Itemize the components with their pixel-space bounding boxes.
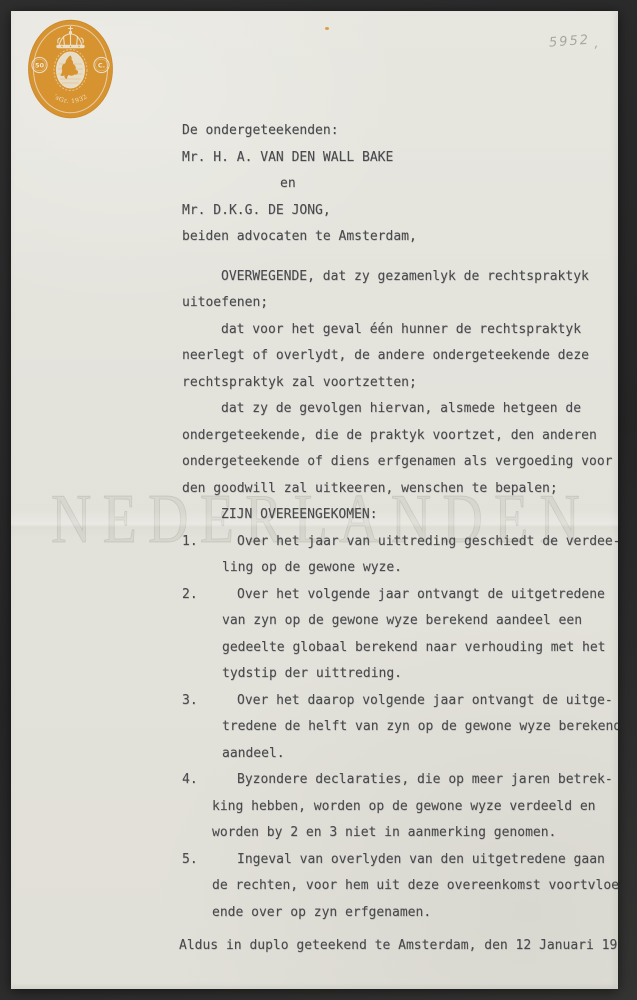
text-line: Aldus in duplo geteekend te Amsterdam, d… [11, 933, 618, 960]
line-text: Mr. H. A. VAN DEN WALL BAKE [182, 150, 393, 165]
text-line: gedeelte globaal berekend naar verhoudin… [11, 635, 618, 662]
text-line: ondergeteekende of diens erfgenamen als … [11, 449, 618, 476]
text-line: 5.Ingeval van overlyden van den uitgetre… [11, 847, 618, 874]
line-text: worden by 2 en 3 niet in aanmerking geno… [212, 825, 556, 840]
line-text: king hebben, worden op de gewone wyze ve… [212, 799, 596, 814]
text-line: dat zy de gevolgen hiervan, alsmede hetg… [11, 396, 618, 423]
line-text: en [280, 176, 296, 191]
revenue-stamp: 50 C. ’sGr. 1932 [28, 19, 113, 119]
line-text: Over het daarop volgende jaar ontvangt d… [237, 693, 613, 708]
line-text: dat voor het geval één hunner de rechtsp… [221, 322, 581, 337]
text-line: den goodwill zal uitkeeren, wenschen te … [11, 476, 618, 503]
text-line: de rechten, voor hem uit deze overeenkom… [11, 873, 618, 900]
text-line: van zyn op de gewone wyze berekend aande… [11, 608, 618, 635]
line-text: Byzondere declaraties, die op meer jaren… [237, 772, 613, 787]
text-line: tydstip der uittreding. [11, 661, 618, 688]
line-text: van zyn op de gewone wyze berekend aande… [222, 613, 582, 628]
text-line: dat voor het geval één hunner de rechtsp… [11, 317, 618, 344]
line-text: Over het volgende jaar ontvangt de uitge… [237, 587, 605, 602]
text-line: en [11, 171, 618, 198]
document-page: 50 C. ’sGr. 1932 5952, NEDERLANDEN De on… [11, 11, 618, 989]
text-line: ZIJN OVEREENGEKOMEN: [11, 502, 618, 529]
line-text: dat zy de gevolgen hiervan, alsmede hetg… [221, 401, 581, 416]
line-text: ling op de gewone wyze. [222, 560, 402, 575]
line-text: ondergeteekende, die de praktyk voortzet… [182, 428, 597, 443]
line-text: tredene de helft van zyn op de gewone wy… [222, 719, 618, 734]
line-text: Ingeval van overlyden van den uitgetrede… [237, 852, 605, 867]
line-text: gedeelte globaal berekend naar verhoudin… [222, 640, 606, 655]
pencil-annotation: 5952, [549, 32, 595, 50]
line-text: aandeel. [222, 746, 285, 761]
text-line: uitoefenen; [11, 290, 618, 317]
text-line: worden by 2 en 3 niet in aanmerking geno… [11, 820, 618, 847]
line-text: uitoefenen; [182, 295, 268, 310]
line-text: ende over op zyn erfgenamen. [212, 905, 431, 920]
line-text: Over het jaar van uittreding geschiedt d… [237, 534, 618, 549]
text-line: De ondergeteekenden: [11, 118, 618, 145]
text-line: ende over op zyn erfgenamen. [11, 900, 618, 927]
text-line: OVERWEGENDE, dat zy gezamenlyk de rechts… [11, 264, 618, 291]
list-number: 5. [182, 847, 198, 874]
svg-text:50: 50 [35, 61, 45, 69]
list-number: 1. [182, 529, 198, 556]
line-text: De ondergeteekenden: [182, 123, 339, 138]
line-text: den goodwill zal uitkeeren, wenschen te … [182, 481, 558, 496]
pencil-tick: , [594, 36, 599, 51]
text-line: ondergeteekende, die de praktyk voortzet… [11, 423, 618, 450]
list-number: 2. [182, 582, 198, 609]
text-line: 2.Over het volgende jaar ontvangt de uit… [11, 582, 618, 609]
line-text: rechtspraktyk zal voortzetten; [182, 375, 417, 390]
line-text: de rechten, voor hem uit deze overeenkom… [212, 878, 618, 893]
svg-text:C.: C. [98, 61, 105, 69]
line-text: beiden advocaten te Amsterdam, [182, 229, 417, 244]
line-text: tydstip der uittreding. [222, 666, 402, 681]
pencil-number: 5952 [549, 33, 591, 51]
text-line: 4.Byzondere declaraties, die op meer jar… [11, 767, 618, 794]
line-text: Mr. D.K.G. DE JONG, [182, 203, 331, 218]
text-line: 3.Over het daarop volgende jaar ontvangt… [11, 688, 618, 715]
text-line: aandeel. [11, 741, 618, 768]
text-line: Mr. H. A. VAN DEN WALL BAKE [11, 145, 618, 172]
text-line: ling op de gewone wyze. [11, 555, 618, 582]
text-line: beiden advocaten te Amsterdam, [11, 224, 618, 251]
text-line: rechtspraktyk zal voortzetten; [11, 370, 618, 397]
paper-speck [325, 27, 329, 30]
list-number: 4. [182, 767, 198, 794]
line-text: ZIJN OVEREENGEKOMEN: [221, 507, 378, 522]
line-text: OVERWEGENDE, dat zy gezamenlyk de rechts… [221, 269, 589, 284]
text-line: tredene de helft van zyn op de gewone wy… [11, 714, 618, 741]
photo-backdrop: 50 C. ’sGr. 1932 5952, NEDERLANDEN De on… [0, 0, 637, 1000]
typewritten-text-body: De ondergeteekenden:Mr. H. A. VAN DEN WA… [11, 118, 618, 960]
line-text: ondergeteekende of diens erfgenamen als … [182, 454, 612, 469]
text-line: Mr. D.K.G. DE JONG, [11, 198, 618, 225]
line-text: neerlegt of overlydt, de andere onderget… [182, 348, 589, 363]
line-text: Aldus in duplo geteekend te Amsterdam, d… [179, 938, 618, 953]
text-line: king hebben, worden op de gewone wyze ve… [11, 794, 618, 821]
text-line: neerlegt of overlydt, de andere onderget… [11, 343, 618, 370]
text-line: 1.Over het jaar van uittreding geschiedt… [11, 529, 618, 556]
list-number: 3. [182, 688, 198, 715]
